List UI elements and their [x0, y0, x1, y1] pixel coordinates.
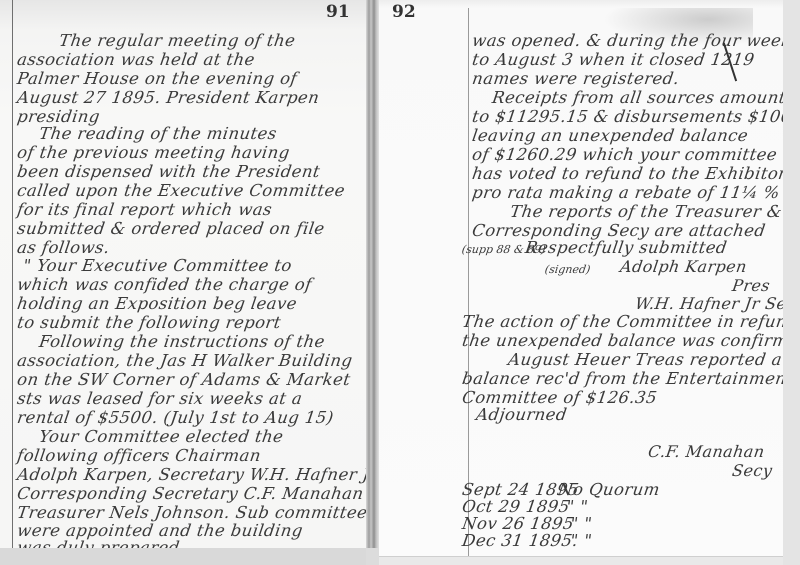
- left-line-17: Following the instructions of the: [38, 332, 326, 351]
- left-line-21: rental of $5500. (July 1st to Aug 15): [16, 408, 335, 427]
- left-line-24: Adolph Karpen, Secretary W.H. Hafner Jr.: [16, 465, 383, 484]
- left-line-16: to submit the following report: [16, 313, 282, 332]
- signed-label: (signed): [544, 263, 591, 276]
- left-line-1: The regular meeting of the: [58, 31, 297, 50]
- right-after-line-2: the unexpended balance was confirmed: [461, 331, 800, 350]
- closing-text: Respectfully submitted: [524, 238, 728, 257]
- secretary-title: Secy: [731, 461, 774, 480]
- entry-note-4: " ": [569, 531, 593, 550]
- page-number-92: 92: [392, 2, 416, 22]
- right-after-line-4: balance rec'd from the Entertainment: [461, 369, 795, 388]
- book-binding-gutter: [366, 0, 379, 548]
- right-after-line-6: Adjourned: [475, 405, 568, 424]
- gutter-bottom: [366, 548, 379, 565]
- signature-president: Adolph Karpen: [619, 257, 748, 276]
- left-page-bottom-edge: [0, 548, 366, 565]
- left-line-26: Treasurer Nels Johnson. Sub committees: [16, 503, 377, 522]
- left-line-12: as follows.: [16, 238, 111, 257]
- left-line-20: sts was leased for six weeks at a: [16, 389, 304, 408]
- left-line-9: called upon the Executive Committee: [16, 181, 346, 200]
- right-line-4: Receipts from all sources amount: [491, 88, 787, 107]
- right-after-line-1: The action of the Committee in refunding: [461, 312, 800, 331]
- right-line-6: leaving an unexpended balance: [471, 126, 749, 145]
- left-line-2: association was held at the: [16, 50, 256, 69]
- left-line-6: The reading of the minutes: [38, 124, 278, 143]
- entry-date-4: Dec 31 1895.: [461, 531, 579, 550]
- right-after-line-3: August Heuer Treas reported a: [507, 350, 783, 369]
- page-number-91: 91: [326, 2, 350, 22]
- left-line-18: association, the Jas H Walker Building: [16, 351, 354, 370]
- left-line-13: " Your Executive Committee to: [22, 256, 293, 275]
- left-line-4: August 27 1895. President Karpen: [16, 88, 321, 107]
- right-line-3: names were registered.: [471, 69, 681, 88]
- right-line-9: pro rata making a rebate of 11¼ %: [471, 183, 781, 202]
- secretary-signature: C.F. Manahan: [647, 442, 766, 461]
- right-margin-line: [468, 8, 469, 556]
- left-line-3: Palmer House on the evening of: [16, 69, 298, 88]
- left-page: 91 The regular meeting of the associatio…: [0, 0, 366, 549]
- ledger-spread: 91 The regular meeting of the associatio…: [0, 0, 800, 565]
- right-background-strip: [783, 0, 800, 565]
- right-line-5: to $11295.15 & disbursements $10034.86: [471, 107, 800, 126]
- right-line-2: to August 3 when it closed 1219: [471, 50, 756, 69]
- right-line-7: of $1260.29 which your committee: [471, 145, 778, 164]
- left-line-23: following officers Chairman: [16, 446, 262, 465]
- left-line-8: been dispensed with the President: [16, 162, 321, 181]
- right-line-1: was opened. & during the four weeks: [471, 31, 800, 50]
- left-line-10: for its final report which was: [16, 200, 273, 219]
- left-line-7: of the previous meeting having: [16, 143, 291, 162]
- left-line-19: on the SW Corner of Adams & Market: [16, 370, 352, 389]
- right-line-8: has voted to refund to the Exhibitors: [471, 164, 797, 183]
- right-line-10: The reports of the Treasurer &: [509, 202, 783, 221]
- left-line-22: Your Committee elected the: [38, 427, 285, 446]
- right-page: 92 was opened. & during the four weeks t…: [379, 0, 783, 557]
- signature-president-title: Pres: [731, 276, 771, 295]
- left-line-25: Corresponding Secretary C.F. Manahan: [16, 484, 365, 503]
- left-margin-line: [12, 0, 13, 548]
- left-line-11: submitted & ordered placed on file: [16, 219, 326, 238]
- signature-secretary: W.H. Hafner Jr Secy: [634, 294, 800, 313]
- left-line-15: holding an Exposition beg leave: [16, 294, 298, 313]
- left-line-14: which was confided the charge of: [16, 275, 313, 294]
